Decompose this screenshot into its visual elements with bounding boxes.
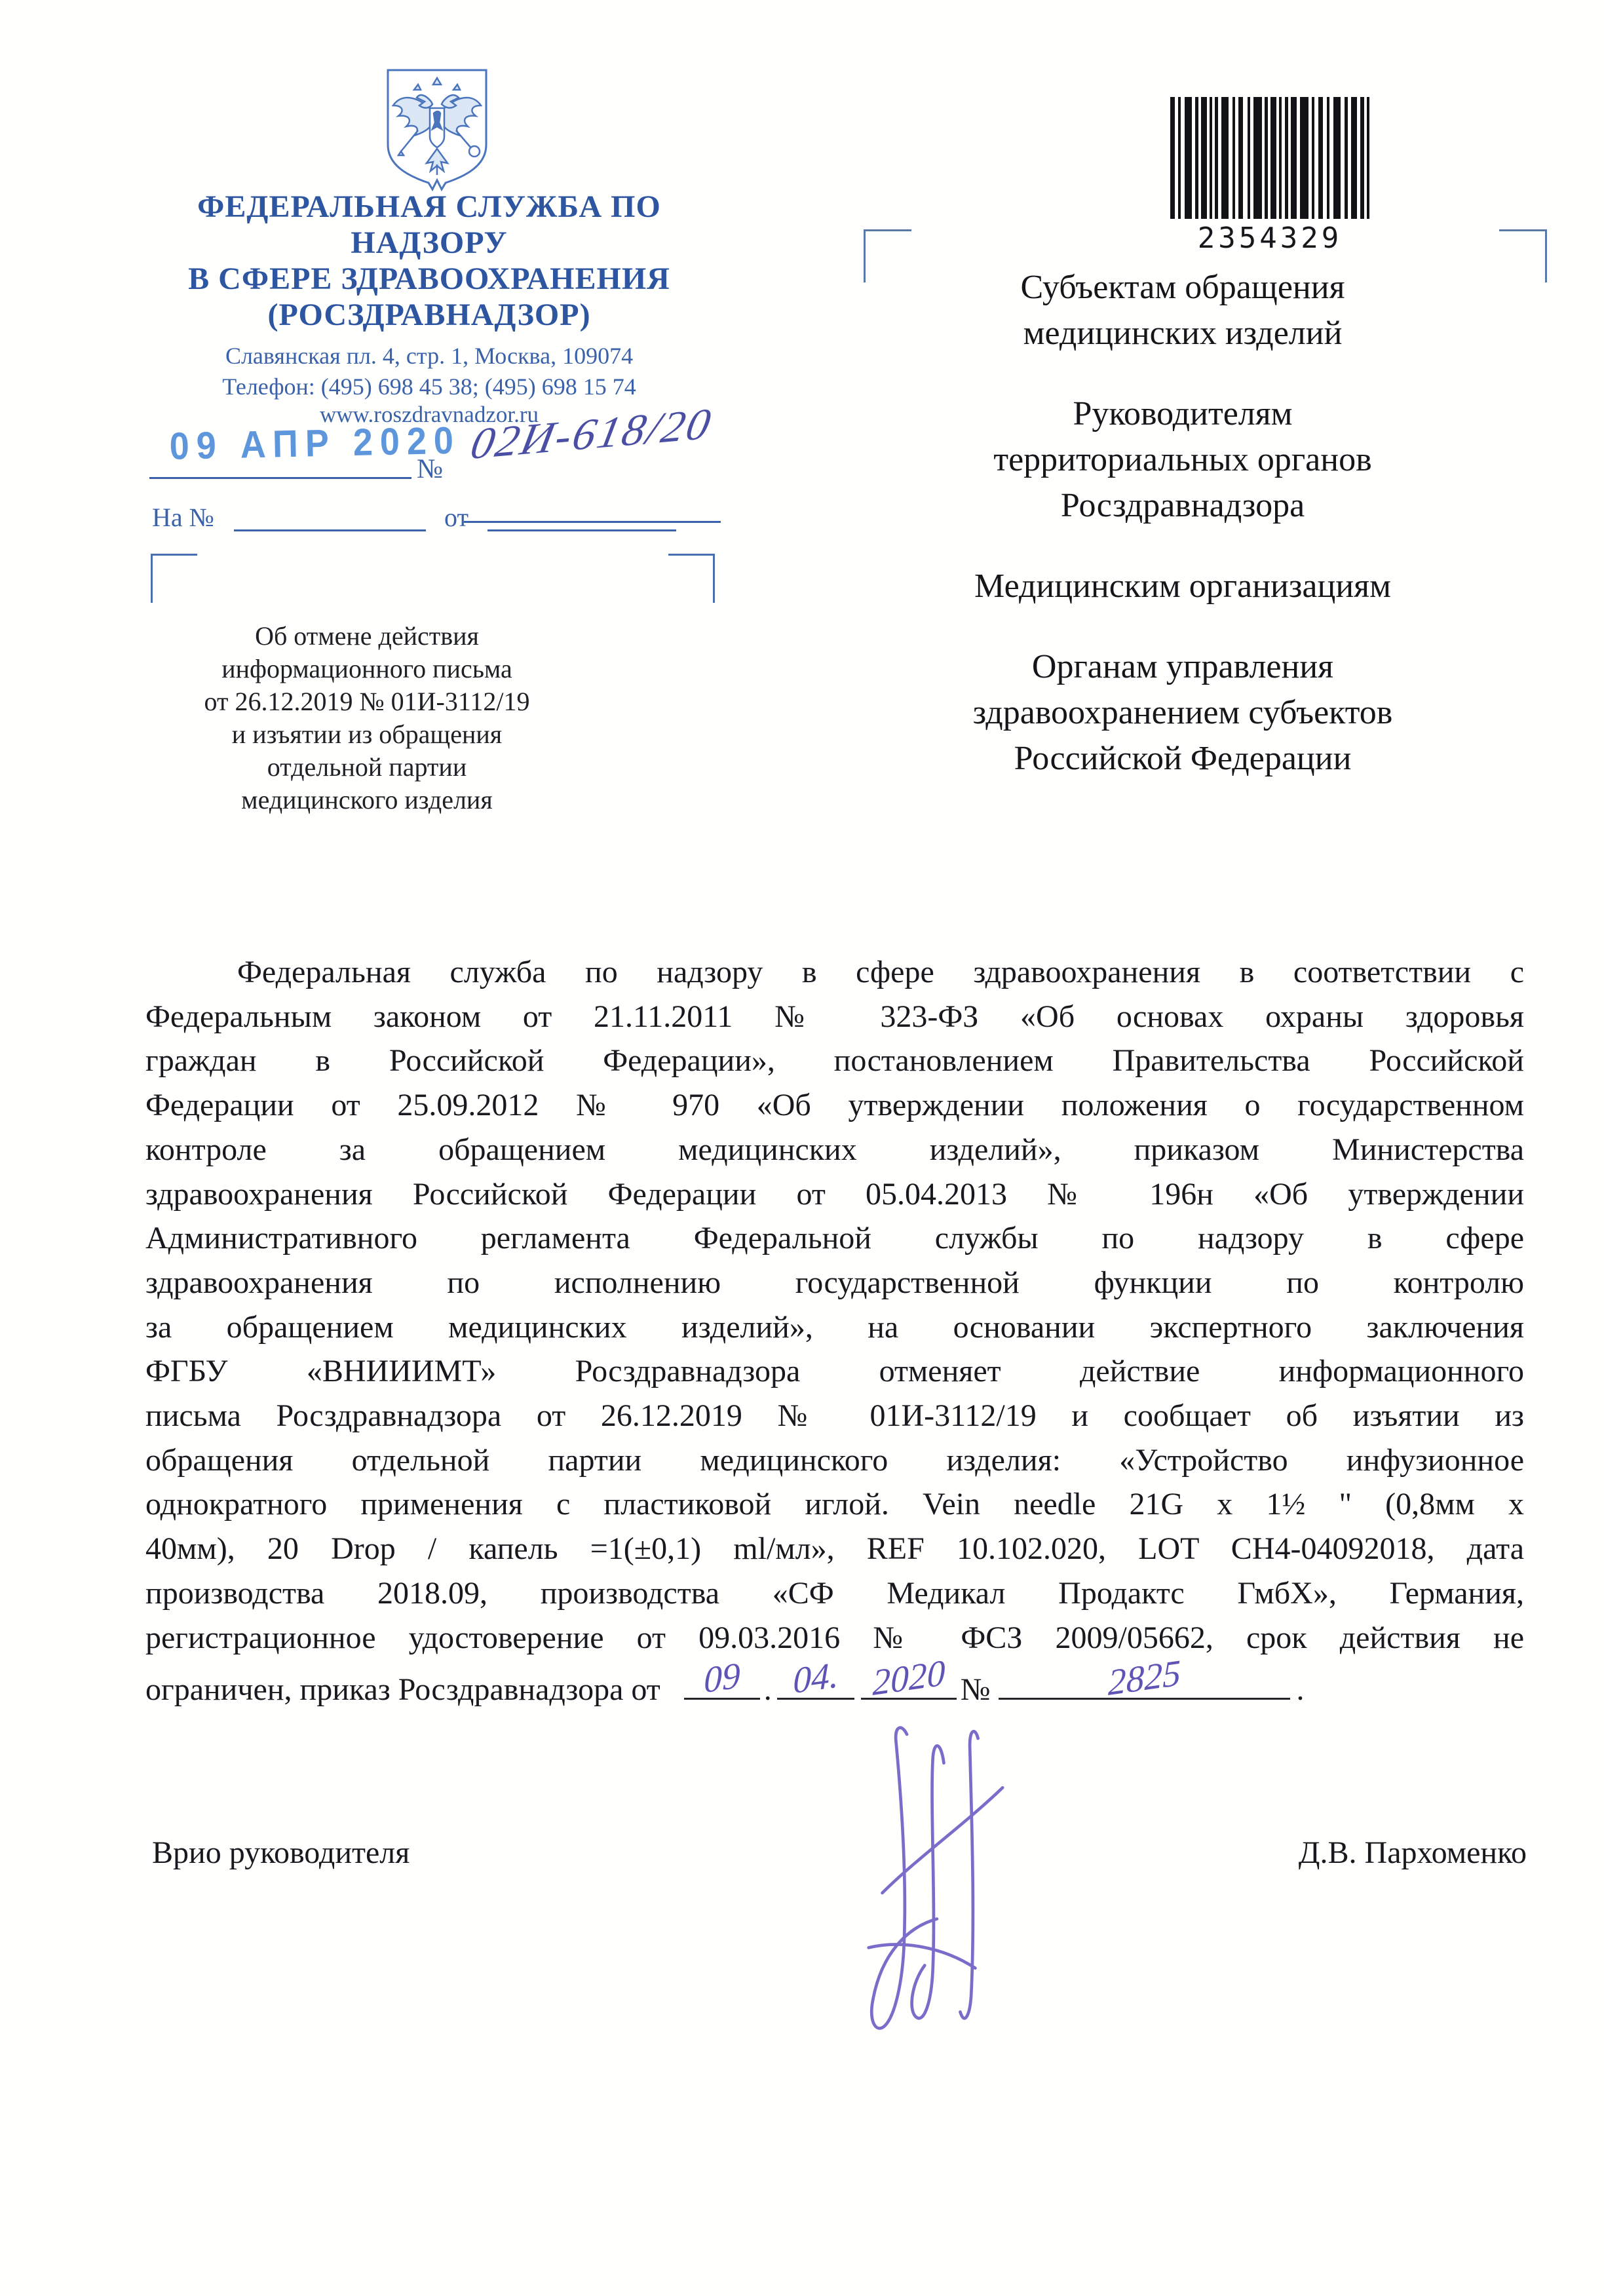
- dot-separator: .: [764, 1672, 772, 1707]
- body-line: обращения отдельной партии медицинского …: [145, 1438, 1524, 1483]
- body-line: производства 2018.09, производства «СФ М…: [145, 1571, 1524, 1616]
- reply-date-underline: [487, 529, 676, 531]
- body-line: граждан в Российской Федерации», постано…: [145, 1039, 1524, 1083]
- body-last-line-text: ограничен, приказ Росздравнадзора от: [145, 1672, 660, 1707]
- body-line: за обращением медицинских изделий», на о…: [145, 1305, 1524, 1350]
- address-corner-left-icon: [864, 229, 911, 282]
- body-line: контроле за обращением медицинских издел…: [145, 1128, 1524, 1172]
- subject-line: информационного письма: [170, 653, 563, 685]
- letterhead-title-line1: ФЕДЕРАЛЬНАЯ СЛУЖБА ПО НАДЗОРУ: [134, 189, 724, 261]
- body-line: Административного регламента Федеральной…: [145, 1216, 1524, 1261]
- recipient-line: здравоохранением субъектов: [950, 690, 1415, 736]
- recipient-line: Медицинским организациям: [950, 564, 1415, 609]
- order-number-field: 2825: [999, 1660, 1290, 1700]
- handwritten-month: 04.: [777, 1655, 854, 1702]
- handwritten-day: 09: [684, 1655, 759, 1702]
- number-sign-label: №: [417, 453, 443, 485]
- recipient-line: Органам управления: [950, 644, 1415, 690]
- recipient-line: Российской Федерации: [950, 736, 1415, 782]
- recipients-block: Субъектам обращения медицинских изделий …: [950, 265, 1415, 816]
- body-line: письма Росздравнадзора от 26.12.2019 № 0…: [145, 1394, 1524, 1438]
- signer-name: Д.В. Пархоменко: [1199, 1835, 1527, 1871]
- body-line: здравоохранения Российской Федерации от …: [145, 1172, 1524, 1217]
- document-page: ФЕДЕРАЛЬНАЯ СЛУЖБА ПО НАДЗОРУ В СФЕРЕ ЗД…: [0, 0, 1604, 2296]
- order-number-sign: №: [961, 1672, 991, 1707]
- signature-scribble: [839, 1722, 1035, 2037]
- subject-line: отдельной партии: [170, 751, 563, 784]
- reply-to-label: На №: [152, 502, 214, 533]
- recipient-group: Медицинским организациям: [950, 564, 1415, 609]
- letterhead-title-line2: В СФЕРЕ ЗДРАВООХРАНЕНИЯ: [134, 261, 724, 297]
- body-line: Федеральная служба по надзору в сфере зд…: [145, 950, 1524, 995]
- reply-from-label: от: [444, 502, 468, 533]
- body-line: Федерации от 25.09.2012 № 970 «Об утверж…: [145, 1083, 1524, 1128]
- subject-line: медицинского изделия: [170, 784, 563, 816]
- order-date-month-field: 04.: [777, 1660, 854, 1700]
- body-line: однократного применения с пластиковой иг…: [145, 1482, 1524, 1527]
- subject-corner-right-icon: [668, 554, 715, 603]
- letterhead-title-line3: (РОСЗДРАВНАДЗОР): [134, 297, 724, 333]
- body-line: Федеральным законом от 21.11.2011 № 323-…: [145, 995, 1524, 1039]
- body-line: ФГБУ «ВНИИИМТ» Росздравнадзора отменяет …: [145, 1349, 1524, 1394]
- body-last-line: ограничен, приказ Росздравнадзора от09.0…: [145, 1660, 1524, 1712]
- subject-line: от 26.12.2019 № 01И-3112/19: [170, 685, 563, 718]
- recipient-group: Руководителям территориальных органов Ро…: [950, 391, 1415, 529]
- barcode-number: 2354329: [1170, 221, 1369, 255]
- body-line: здравоохранения по исполнению государств…: [145, 1261, 1524, 1305]
- body-line: 40мм), 20 Drop / капель =1(±0,1) ml/мл»,…: [145, 1527, 1524, 1571]
- reply-number-underline: [234, 529, 426, 531]
- order-date-year-field: 2020: [861, 1660, 957, 1700]
- signer-position: Врио руководителя: [152, 1835, 410, 1871]
- date-underline: [149, 477, 411, 479]
- recipient-line: медицинских изделий: [950, 311, 1415, 356]
- outgoing-number-underline: [464, 521, 721, 523]
- recipient-line: Руководителям: [950, 391, 1415, 437]
- barcode: [1170, 97, 1369, 219]
- coat-of-arms-icon: [379, 67, 495, 192]
- final-period: .: [1297, 1672, 1305, 1707]
- order-date-day-field: 09: [684, 1660, 760, 1700]
- subject-line: Об отмене действия: [170, 620, 563, 653]
- body-line: регистрационное удостоверение от 09.03.2…: [145, 1616, 1524, 1660]
- body-text: Федеральная служба по надзору в сфере зд…: [145, 950, 1524, 1712]
- address-corner-right-icon: [1499, 229, 1547, 282]
- recipient-group: Органам управления здравоохранением субъ…: [950, 644, 1415, 782]
- subject-line: и изъятии из обращения: [170, 718, 563, 751]
- recipient-group: Субъектам обращения медицинских изделий: [950, 265, 1415, 356]
- subject-corner-left-icon: [151, 554, 197, 603]
- letterhead-title: ФЕДЕРАЛЬНАЯ СЛУЖБА ПО НАДЗОРУ В СФЕРЕ ЗД…: [134, 189, 724, 333]
- subject-block: Об отмене действия информационного письм…: [170, 620, 563, 816]
- handwritten-year: 2020: [861, 1653, 956, 1704]
- letterhead-phone: Телефон: (495) 698 45 38; (495) 698 15 7…: [134, 373, 724, 400]
- recipient-line: территориальных органов: [950, 437, 1415, 483]
- letterhead-address: Славянская пл. 4, стр. 1, Москва, 109074: [134, 342, 724, 370]
- recipient-line: Субъектам обращения: [950, 265, 1415, 311]
- recipient-line: Росздравнадзора: [950, 483, 1415, 529]
